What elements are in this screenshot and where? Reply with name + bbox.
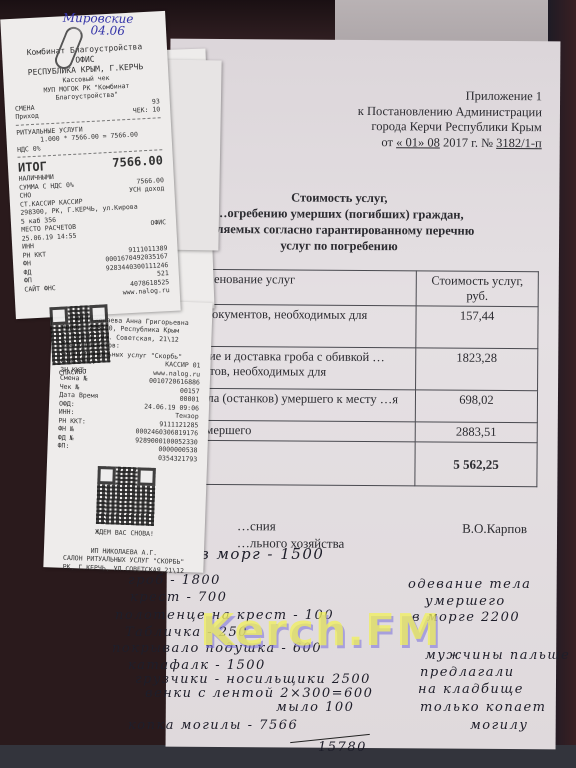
handwritten-line: катафалк - 1500 [128, 658, 266, 673]
receipt-kombinat: Комбинат Благоустройства ОФИС РЕСПУБЛИКА… [0, 11, 180, 319]
handwritten-line: мыло 100 [276, 700, 354, 715]
handwritten-note: одевание тела [408, 577, 531, 592]
appendix-date: от « 01» 08 2017 г. № 3182/1-п [358, 134, 542, 151]
appendix-header: Приложение 1 к Постановлению Администрац… [358, 88, 543, 151]
receipt-handwritten-note: Мировские 04.06 [62, 12, 133, 37]
table-row: …е документов, необходимых для 157,44 [179, 304, 538, 349]
handwritten-line: венки с лентой 2×300=600 [145, 686, 373, 701]
table-total: 5 562,25 [415, 442, 537, 487]
appendix-line: города Керчи Республики Крым [358, 119, 542, 136]
qr-code [49, 304, 110, 365]
qr-code [96, 466, 156, 526]
handwritten-note: могилу [470, 718, 528, 733]
appendix-line: Приложение 1 [358, 88, 542, 105]
appendix-line: к Постановлению Администрации [358, 103, 542, 120]
handwritten-line: крест - 700 [130, 590, 227, 605]
watermark-logo: Kerch.FM [200, 605, 441, 656]
handwritten-note: мужчины пальше [425, 648, 570, 663]
document-title: Стоимость услуг, …огребению умерших (пог… [179, 189, 499, 255]
handwritten-line: в морг - 1500 [200, 545, 324, 563]
signature-name: В.О.Карпов [462, 521, 527, 537]
table-total-row: 5 562,25 [178, 440, 537, 487]
handwritten-note: только копает [420, 700, 546, 715]
handwritten-line: грузчики - носильщики 2500 [135, 672, 371, 687]
table-row: …тела (останков) умершего к месту …я 698… [178, 388, 537, 423]
table-row: … умершего 2883,51 [178, 420, 537, 443]
table-header: Наименование услуг Стоимость услуг, руб. [179, 269, 538, 307]
handwritten-note: на кладбище [418, 682, 524, 697]
handwritten-total: 15780 [318, 740, 367, 755]
cost-table: Наименование услуг Стоимость услуг, руб.… [177, 269, 538, 488]
handwritten-line: гроб - 1800 [128, 573, 221, 588]
handwritten-line: копка могилы - 7566 [128, 718, 298, 733]
handwritten-note: предлагали [420, 665, 515, 680]
table-row: …ение и доставка гроба с обивкой …едмето… [179, 346, 538, 391]
